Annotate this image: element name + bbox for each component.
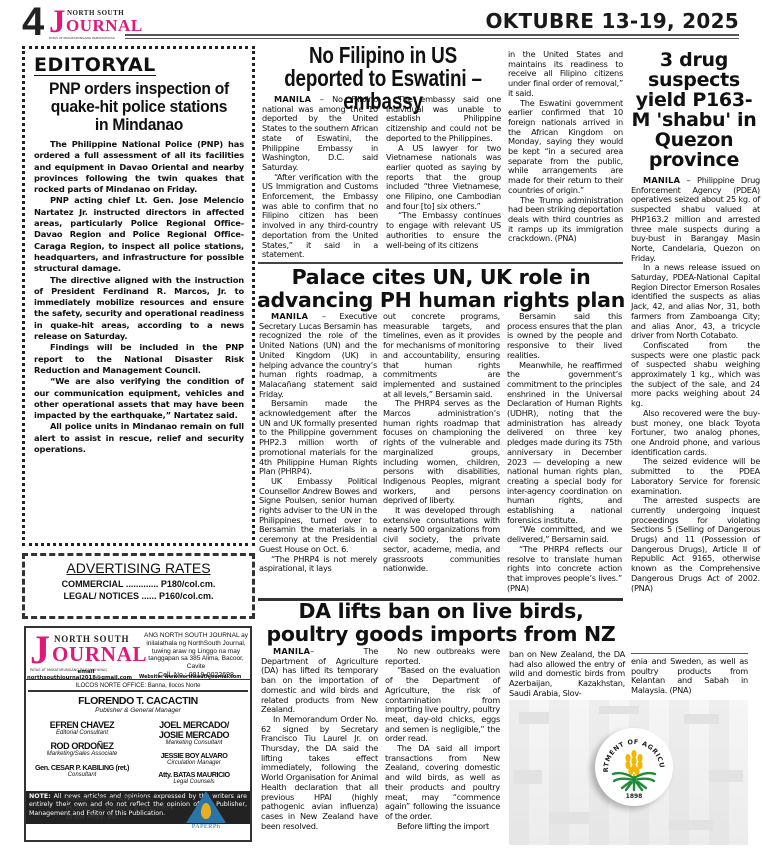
editorial-paragraph: The directive aligned with the instructi… (34, 275, 244, 343)
article-column: out concrete programs, measurable target… (383, 312, 500, 574)
article-column: ban on New Zealand, the DA had also allo… (509, 650, 625, 699)
article-column: The embassy said one individual was unab… (386, 95, 501, 250)
article-headline: Palace cites UN, UK role in advancing PH… (256, 266, 626, 312)
publisher: FLORENDO T. CACACTIN Publisher & General… (26, 696, 250, 715)
staff-name: EFREN CHAVEZ (26, 720, 138, 730)
editorial-body: The Philippine National Police (PNP) has… (34, 139, 244, 455)
staff-list: EFREN CHAVEZ Editorial Consultant ROD OR… (26, 720, 250, 790)
article-column: MANILA – No Filipino national was among … (262, 95, 378, 260)
north-south-journal-logo: J NORTH SOUTH OURNAL PATAS AT MAKATARUNG… (30, 632, 130, 672)
staff-role: Marketing/Sales Associate (26, 751, 138, 759)
advertising-rates-title: ADVERTISING RATES (25, 560, 252, 576)
masthead: 4 J NORTH SOUTH OURNAL PATAS AT MAKATARU… (0, 0, 763, 40)
staff-role: Marketing Consultant (138, 740, 250, 748)
staff-role: Editorial Consultant (26, 730, 138, 738)
staff-column-left: EFREN CHAVEZ Editorial Consultant ROD OR… (26, 720, 138, 790)
publisher-name: FLORENDO T. CACACTIN (26, 696, 250, 707)
staff-header: J NORTH SOUTH OURNAL PATAS AT MAKATARUNG… (26, 628, 250, 680)
department-of-agriculture-image: DEPARTMENT OF AGRICULTURE 1898 (509, 700, 748, 845)
article-divider (258, 262, 623, 264)
staff-role: Circulation Manager (138, 760, 250, 768)
article-divider (631, 653, 748, 654)
paperph-logo-icon: PAPERPh (186, 791, 226, 837)
dateline: MANILA (643, 175, 680, 185)
editorial-paragraph: Findings will be included in the PNP rep… (34, 342, 244, 376)
ilocos-office: ILOCOS NORTE OFFICE: Banna, Ilocos Norte (28, 680, 248, 692)
issue-date: OKTUBRE 13-19, 2025 (485, 9, 739, 33)
staff-name: Atty. BATAS MAURICIO (138, 770, 250, 779)
page-number: 4 (22, 2, 44, 42)
article-column: MANILA– The Department of Agriculture (D… (261, 647, 378, 831)
staff-name: Gen. CESAR P. KABILING (ret.) (26, 763, 138, 772)
article-column: No new outbreaks were reported. “Based o… (385, 647, 500, 831)
rate-commercial: COMMERCIAL ............. P180/col.cm. (25, 578, 252, 590)
membership-box: Member: Prime Alliance of Publishers, Ed… (24, 789, 252, 842)
dateline: MANILA (274, 94, 311, 104)
membership-text: Member: Prime Alliance of Publishers, Ed… (66, 795, 181, 822)
editorial-paragraph: All police units in Mindanao remain on f… (34, 421, 244, 455)
staff-name: ROD ORDOÑEZ (26, 741, 138, 751)
editorial-box: EDITORYAL PNP orders inspection of quake… (22, 46, 255, 546)
north-south-journal-logo: J NORTH SOUTH OURNAL PATAS AT MAKATARUNG… (49, 6, 125, 40)
staff-column-right: JOEL MERCADO/ JOSIE MERCADO Marketing Co… (138, 720, 250, 790)
editorial-paragraph: “We are also verifying the condition of … (34, 376, 244, 421)
staff-role: Consultant (26, 772, 138, 780)
article-column: in the United States and maintains its r… (508, 50, 623, 244)
staff-name: JESSIE BOY ALVARO (138, 751, 250, 760)
department-of-agriculture-seal-icon: DEPARTMENT OF AGRICULTURE 1898 (595, 728, 673, 806)
dateline: MANILA (273, 646, 310, 656)
svg-text:1898: 1898 (626, 793, 643, 800)
article-column: MANILA – Philippine Drug Enforcement Age… (631, 176, 760, 593)
article-headline: DA lifts ban on live birds, poultry good… (256, 600, 626, 646)
rate-legal-notices: LEGAL/ NOTICES ...... P160/col.cm. (25, 590, 252, 602)
staff-name: JOEL MERCADO/ JOSIE MERCADO (154, 720, 234, 740)
editorial-title: PNP orders inspection of quake-hit polic… (42, 80, 235, 134)
editorial-label: EDITORYAL (34, 55, 156, 76)
article-headline: 3 drug suspects yield P163-M 'shabu' in … (628, 50, 760, 170)
article-column: Bersamin said this process ensures that … (507, 312, 622, 593)
editorial-paragraph: The Philippine National Police (PNP) has… (34, 139, 244, 195)
website: Website: www.northsouthjournal.com (139, 675, 241, 680)
article-column: MANILA – Executive Secretary Lucas Bersa… (259, 312, 377, 574)
staff-role: Legal Counsels (138, 779, 250, 787)
editorial-paragraph: PNP acting chief Lt. Gen. Jose Melencio … (34, 195, 244, 274)
publication-about: ANG NORTH SOUTH JOURNAL ay inilalathala … (140, 632, 252, 680)
masthead-rule (125, 34, 739, 39)
dateline: MANILA (271, 311, 308, 321)
publisher-role: Publisher & General Manager (26, 707, 250, 715)
advertising-rates-box: ADVERTISING RATES COMMERCIAL ...........… (22, 553, 255, 619)
email-address: northsouthjournal2018@gmail.com (27, 675, 132, 681)
article-column: enia and Sweden, as well as poultry prod… (631, 657, 748, 696)
